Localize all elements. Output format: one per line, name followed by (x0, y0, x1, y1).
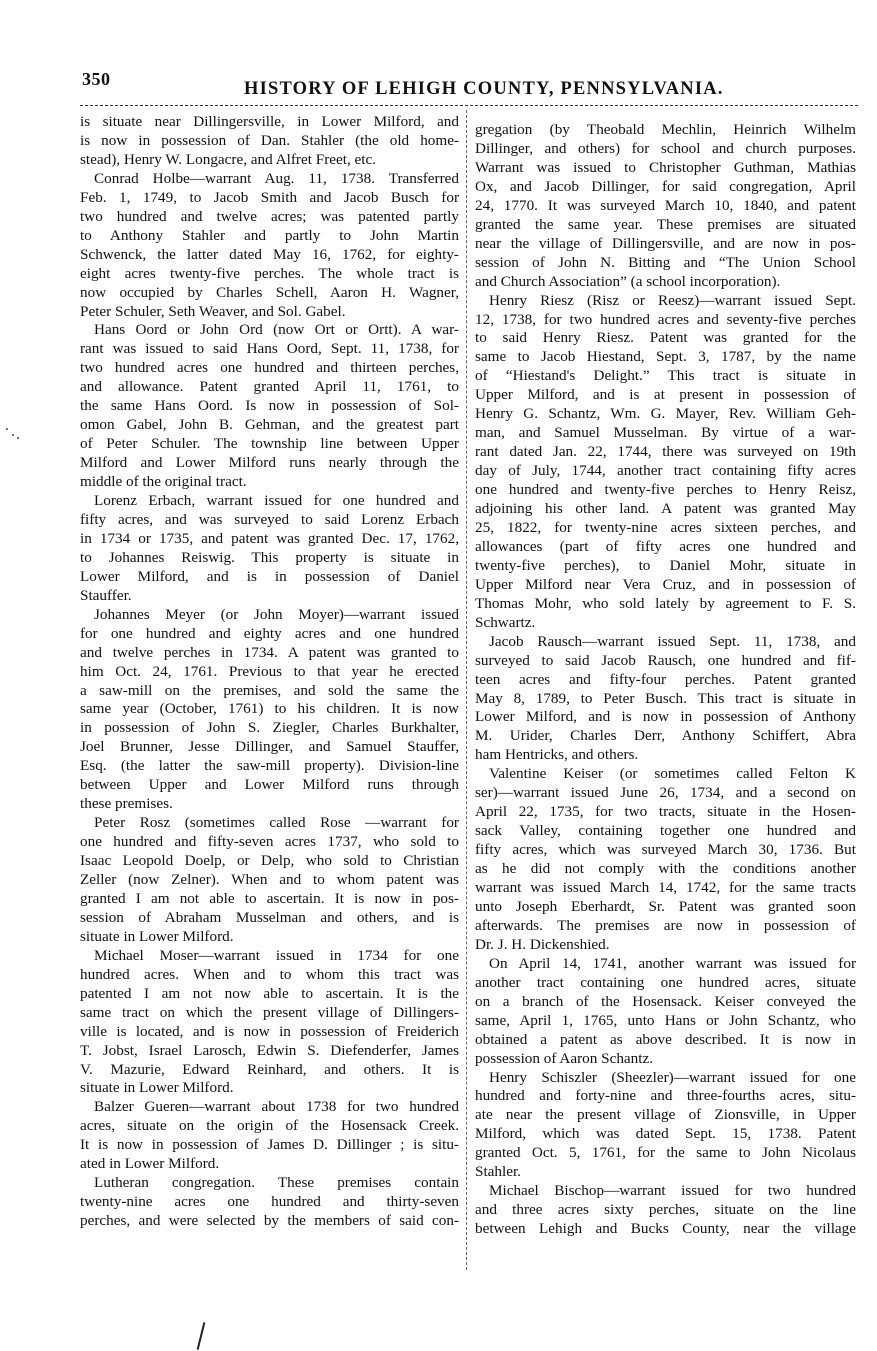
text-line: hundred acres. When and to whom this tra… (80, 966, 459, 984)
text-line: On April 14, 1741, another warrant was i… (475, 955, 856, 973)
text-line: and three acres sixty perches, situate o… (475, 1201, 856, 1219)
text-line: a saw-mill on the premises, and sold the… (80, 682, 459, 700)
text-line: Schwenck, the latter dated May 16, 1762,… (80, 246, 459, 264)
text-line: two hundred and twelve acres; was patent… (80, 208, 459, 226)
text-line: Lorenz Erbach, warrant issued for one hu… (80, 492, 459, 510)
text-line: teen acres and fifty-four perches. Paten… (475, 671, 856, 689)
page-number: 350 (82, 69, 111, 90)
text-line: Feb. 1, 1749, to Jacob Smith and Jacob B… (80, 189, 459, 207)
text-line: surveyed to said Jacob Rausch, one hundr… (475, 652, 856, 670)
text-line: ham Hentricks, and others. (475, 746, 856, 764)
text-line: patented I am not now able to ascertain.… (80, 985, 459, 1003)
text-line: these premises. (80, 795, 459, 813)
text-line: Peter Schuler, Seth Weaver, and Sol. Gab… (80, 303, 459, 321)
text-line: for one hundred and eighty acres and one… (80, 625, 459, 643)
text-line: Lower Milford, and is now in possession … (475, 708, 856, 726)
text-line: on a branch of the Hosensack. Keiser con… (475, 993, 856, 1011)
text-line: rant dated Jan. 22, 1744, there was surv… (475, 443, 856, 461)
text-line: It is now in possession of James D. Dill… (80, 1136, 459, 1154)
text-line: twenty-nine acres one hundred and thirty… (80, 1193, 459, 1211)
text-line: omon Gabel, John B. Gehman, and the grea… (80, 416, 459, 434)
text-line: ville is located, and is now in possessi… (80, 1023, 459, 1041)
text-line: to Johannes Reiswig. This property is si… (80, 549, 459, 567)
text-line: between Upper and Lower Milford runs thr… (80, 776, 459, 794)
text-line: warrant was issued March 14, 1742, for t… (475, 879, 856, 897)
text-line: near the village of Dillingersville, and… (475, 235, 856, 253)
text-line: 12, 1738, for two hundred acres and seve… (475, 311, 856, 329)
text-line: twenty-five perches), to Daniel Mohr, si… (475, 557, 856, 575)
column-divider (466, 110, 467, 1270)
text-line: situate in Lower Milford. (80, 928, 459, 946)
text-line: Lutheran congregation. These premises co… (80, 1174, 459, 1192)
text-line: Upper Milford, and is at present in poss… (475, 386, 856, 404)
text-line: eight acres twenty-five perches. The who… (80, 265, 459, 283)
text-line: stead), Henry W. Longacre, and Alfret Fr… (80, 151, 459, 169)
text-line: Johannes Meyer (or John Moyer)—warrant i… (80, 606, 459, 624)
text-line: April 22, 1735, for two tracts, situate … (475, 803, 856, 821)
text-line: obtained a patent as above described. It… (475, 1031, 856, 1049)
text-line: Stauffer. (80, 587, 459, 605)
text-line: Joel Brunner, Jesse Dillinger, and Samue… (80, 738, 459, 756)
text-line: ated in Lower Milford. (80, 1155, 459, 1173)
text-line: him Oct. 24, 1761. Previous to that year… (80, 663, 459, 681)
text-line: in 1734 or 1735, and patent was granted … (80, 530, 459, 548)
text-line: Lower Milford, and is in possession of D… (80, 568, 459, 586)
text-line: Dr. J. H. Dickenshied. (475, 936, 856, 954)
text-line: Valentine Keiser (or sometimes called Fe… (475, 765, 856, 783)
text-line: day of July, 1744, another tract contain… (475, 462, 856, 480)
text-line: session of John N. Bitting and “The Unio… (475, 254, 856, 272)
text-line: Ox, and Jacob Dillinger, for said congre… (475, 178, 856, 196)
text-line: May 8, 1789, to Peter Busch. This tract … (475, 690, 856, 708)
text-line: fifty acres, and was surveyed to said Lo… (80, 511, 459, 529)
text-line: and twelve perches in 1734. A patent was… (80, 644, 459, 662)
text-line: and Church Association” (a school incorp… (475, 273, 856, 291)
text-line: granted the same year. These premises ar… (475, 216, 856, 234)
text-line: situate in Lower Milford. (80, 1079, 459, 1097)
text-line: M. Urider, Charles Derr, Anthony Schiffe… (475, 727, 856, 745)
text-line: Upper Milford near Vera Cruz, and in pos… (475, 576, 856, 594)
text-line: same, April 1, 1765, unto Hans or John S… (475, 1012, 856, 1030)
text-line: Conrad Holbe—warrant Aug. 11, 1738. Tran… (80, 170, 459, 188)
text-line: Henry Riesz (Risz or Reesz)—warrant issu… (475, 292, 856, 310)
text-line: Warrant was issued to Christopher Guthma… (475, 159, 856, 177)
running-title: HISTORY OF LEHIGH COUNTY, PENNSYLVANIA. (244, 79, 724, 100)
text-line: as he did not comply with the conditions… (475, 860, 856, 878)
text-line: Thomas Mohr, who sold lately by agreemen… (475, 595, 856, 613)
text-line: same tract on which the present village … (80, 1004, 459, 1022)
text-line: fifty acres, which was surveyed March 30… (475, 841, 856, 859)
text-line: Milford and Lower Milford runs nearly th… (80, 454, 459, 472)
text-line: Stahler. (475, 1163, 856, 1181)
text-line: gregation (by Theobald Mechlin, Heinrich… (475, 121, 856, 139)
text-line: another tract containing one hundred acr… (475, 974, 856, 992)
text-line: Michael Bischop—warrant issued for two h… (475, 1182, 856, 1200)
text-line: allowances (part of fifty acres one hund… (475, 538, 856, 556)
text-line: T. Jobst, Israel Larosch, Edwin S. Diefe… (80, 1042, 459, 1060)
text-line: and allowance. Patent granted April 11, … (80, 378, 459, 396)
text-line: between Lehigh and Bucks County, near th… (475, 1220, 856, 1238)
text-line: granted Oct. 5, 1761, for the same to Jo… (475, 1144, 856, 1162)
text-line: sack Valley, containing together one hun… (475, 822, 856, 840)
text-line: granted I am not able to ascertain. It i… (80, 890, 459, 908)
text-line: middle of the original tract. (80, 473, 459, 491)
text-line: to Anthony Stahler and partly to John Ma… (80, 227, 459, 245)
text-line: unto Joseph Eberhardt, Sr. Patent was gr… (475, 898, 856, 916)
text-line: 24, 1770. It was surveyed March 10, 1840… (475, 197, 856, 215)
text-line: Michael Moser—warrant issued in 1734 for… (80, 947, 459, 965)
text-line: Dillinger, and others) for school and ch… (475, 140, 856, 158)
text-line: Milford, which was dated Sept. 15, 1738.… (475, 1125, 856, 1143)
text-line: session of Abraham Musselman and others,… (80, 909, 459, 927)
scan-speck (12, 434, 14, 436)
text-line: now occupied by Charles Schell, Aaron H.… (80, 284, 459, 302)
text-line: afterwards. The premises are now in poss… (475, 917, 856, 935)
text-line: ser)—warrant issued June 26, 1734, and a… (475, 784, 856, 802)
text-line: same year (October, 1761) to his childre… (80, 700, 459, 718)
text-line: in possession of John S. Ziegler, Charle… (80, 719, 459, 737)
text-line: Peter Rosz (sometimes called Rose —warra… (80, 814, 459, 832)
text-line: of Peter Schuler. The township line betw… (80, 435, 459, 453)
text-line: of “Hiestand's Delight.” This tract is s… (475, 367, 856, 385)
text-line: same to Jacob Hiestand, Sept. 3, 1787, b… (475, 348, 856, 366)
text-line: Hans Oord or John Ord (now Ort or Ortt).… (80, 321, 459, 339)
text-line: acres, situate on the origin of the Hose… (80, 1117, 459, 1135)
text-line: perches, and were selected by the member… (80, 1212, 459, 1230)
text-line: Schwartz. (475, 614, 856, 632)
text-line: possession of Aaron Schantz. (475, 1050, 856, 1068)
text-line: Balzer Gueren—warrant about 1738 for two… (80, 1098, 459, 1116)
text-line: is now in possession of Dan. Stahler (th… (80, 132, 459, 150)
text-line: adjoining his other land. A patent was g… (475, 500, 856, 518)
text-line: V. Mazurie, Edward Reinhard, and others.… (80, 1061, 459, 1079)
text-line: Jacob Rausch—warrant issued Sept. 11, 17… (475, 633, 856, 651)
text-line: Henry Schiszler (Sheezler)—warrant issue… (475, 1069, 856, 1087)
scan-mark (197, 1322, 206, 1350)
text-line: 25, 1822, for twenty-nine acres sixteen … (475, 519, 856, 537)
text-line: Isaac Leopold Doelp, or Delp, who sold t… (80, 852, 459, 870)
scan-speck (6, 428, 8, 430)
text-line: rant was issued to said Hans Oord, Sept.… (80, 340, 459, 358)
text-line: one hundred and fifty-seven acres 1737, … (80, 833, 459, 851)
text-line: Zeller (now Zelner). When and to whom pa… (80, 871, 459, 889)
text-line: is situate near Dillingersville, in Lowe… (80, 113, 459, 131)
header-rule (80, 105, 858, 106)
text-line: the same Hans Oord. Is now in possession… (80, 397, 459, 415)
text-line: to said Henry Riesz. Patent was granted … (475, 329, 856, 347)
text-line: man, and Samuel Musselman. By virtue of … (475, 424, 856, 442)
text-line: ate near the present village of Zionsvil… (475, 1106, 856, 1124)
text-line: Esq. (the latter the saw-mill property).… (80, 757, 459, 775)
text-line: Henry G. Schantz, Wm. G. Mayer, Rev. Wil… (475, 405, 856, 423)
text-line: hundred and forty-nine and three-fourths… (475, 1087, 856, 1105)
text-line: one hundred and twenty-five perches to H… (475, 481, 856, 499)
text-line: two hundred acres one hundred and thirte… (80, 359, 459, 377)
scan-speck (17, 437, 19, 439)
